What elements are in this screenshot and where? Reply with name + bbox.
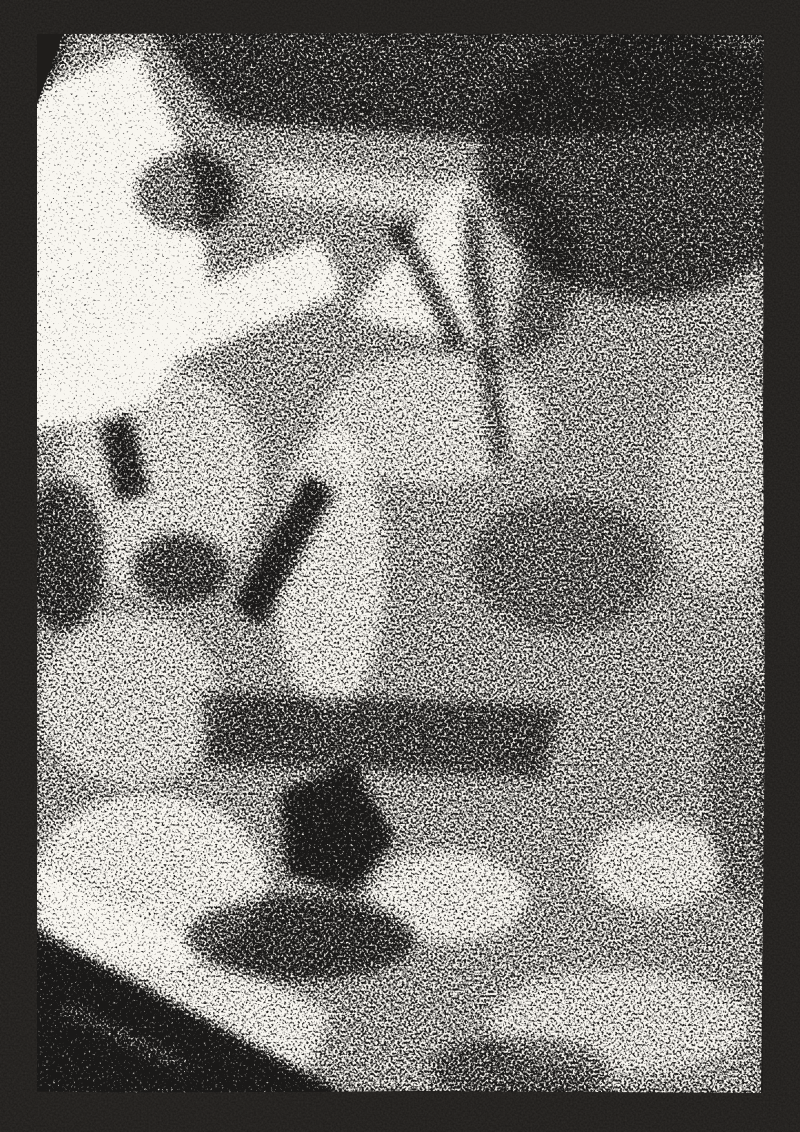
shadow-region xyxy=(470,497,660,633)
highlight-region xyxy=(590,820,720,910)
highlight-region xyxy=(40,615,220,785)
shadow-lower-band xyxy=(185,896,415,980)
highlight-region xyxy=(663,370,773,590)
shadow-mid-band xyxy=(200,692,560,778)
noise-field xyxy=(24,28,800,1103)
highlight-region xyxy=(320,355,540,485)
dithered-photograph xyxy=(0,0,800,1132)
shadow-region xyxy=(132,534,228,602)
photo-print xyxy=(0,0,800,1132)
shadow-region xyxy=(133,150,237,234)
